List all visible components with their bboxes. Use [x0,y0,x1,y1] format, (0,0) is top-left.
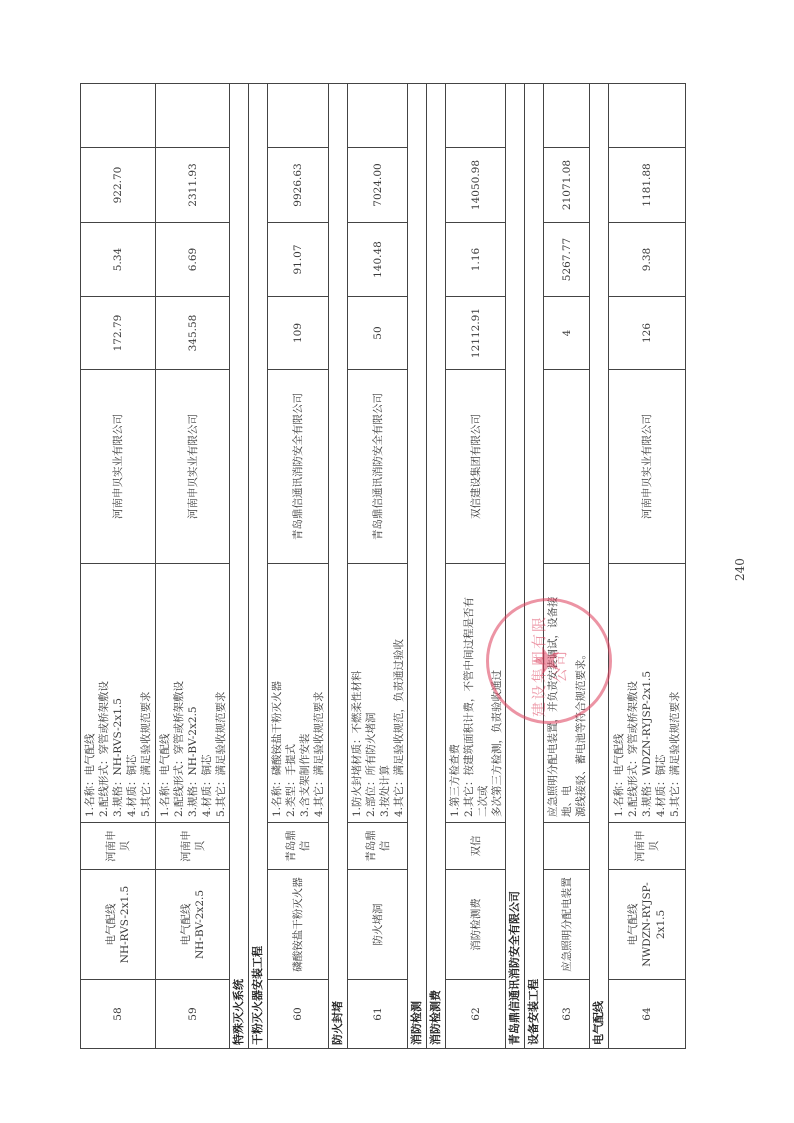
item-company: 河南申贝实业有限公司 [156,370,230,564]
item-name: 防火堵洞 [348,870,408,980]
item-brand: 青岛鼎信 [348,823,408,870]
item-total: 14050.98 [446,148,506,223]
section-title: 消防检测 [408,84,427,1049]
spec-line: 1.防火封堵材质：不燃柔性材料 [350,569,364,817]
item-spec: 1.名称：电气配线2.配线形式：穿管或桥架敷设3.规格：NH-RVS-2x1.5… [81,564,156,823]
item-note [348,84,408,148]
spec-line: 2.类型：手提式 [284,569,298,817]
item-note [446,84,506,148]
item-unit-price: 5267.77 [544,223,590,297]
item-name-text: 应急照明分配电装置 [560,874,574,975]
item-note [81,84,156,148]
document-page: 58电气配线NH-RVS-2x1.5河南申贝1.名称：电气配线2.配线形式：穿管… [0,0,794,1123]
spec-line: 2.配线形式：穿管或桥架敷设 [97,569,111,817]
item-brand [544,823,590,870]
item-quantity: 109 [268,297,329,370]
item-total: 21071.08 [544,148,590,223]
item-spec: 1.名称：磷酸铵盐干粉灭火器2.类型：手提式3.含支架制作安装4.其它：满足验收… [268,564,329,823]
spec-line: 3.规格：WDZN-RYJSP-2x1.5 [640,569,654,817]
item-spec: 应急照明分配电装置，并负责安装调试，设备接地、电源线接驳、蓄电池等符合规范要求。 [544,564,590,823]
item-company: 青岛鼎信通讯消防安全有限公司 [268,370,329,564]
item-brand: 河南申贝 [156,823,230,870]
item-number: 60 [268,980,329,1049]
spec-line: 3.含支架制作安装 [298,569,312,817]
table-row: 59电气配线NH-BV-2x2.5河南申贝1.名称：电气配线2.配线形式：穿管或… [156,84,230,1049]
item-brand: 河南申贝 [81,823,156,870]
spec-line: 1.名称：电气配线 [158,569,172,817]
section-row: 消防检测 [408,84,427,1049]
item-name-text: 电气配线 [626,874,640,975]
rotated-table-container: 58电气配线NH-RVS-2x1.5河南申贝1.名称：电气配线2.配线形式：穿管… [80,84,683,1049]
item-name-text: 磷酸铵盐干粉灭火器 [291,874,305,975]
table-row: 63应急照明分配电装置应急照明分配电装置，并负责安装调试，设备接地、电源线接驳、… [544,84,590,1049]
item-model: NH-RVS-2x1.5 [118,874,132,975]
spec-line: 2.配线形式：穿管或桥架敷设 [172,569,186,817]
section-title: 设备安装工程 [525,84,544,1049]
item-note [156,84,230,148]
spec-line: 源线接驳、蓄电池等符合规范要求。 [574,569,588,817]
bill-of-quantities-table: 58电气配线NH-RVS-2x1.5河南申贝1.名称：电气配线2.配线形式：穿管… [80,83,686,1049]
section-row: 防火封堵 [329,84,348,1049]
spec-line: 4.其它：满足验收规范，负责通过验收 [392,569,406,817]
spec-line: 1.第三方检查费 [448,569,462,817]
item-spec: 1.名称：电气配线2.配线形式：穿管或桥架敷设3.规格：NH-BV-2x2.54… [156,564,230,823]
item-name-text: 防火堵洞 [371,874,385,975]
item-model: NWDZN-RYJSP-2x1.5 [640,874,668,975]
item-model: NH-BV-2x2.5 [193,874,207,975]
item-number: 61 [348,980,408,1049]
item-number: 63 [544,980,590,1049]
section-row: 青岛鼎信通讯消防安全有限公司 [506,84,525,1049]
item-company: 青岛鼎信通讯消防安全有限公司 [348,370,408,564]
item-number: 59 [156,980,230,1049]
section-row: 电气配线 [590,84,609,1049]
item-name-text: 消防检测费 [469,874,483,975]
spec-line: 5.其它：满足验收规范要求 [214,569,228,817]
item-quantity: 12112.91 [446,297,506,370]
item-total: 922.70 [81,148,156,223]
item-spec: 1.防火封堵材质：不燃柔性材料2.部位：所有防火堵洞3.按处计算4.其它：满足验… [348,564,408,823]
item-note [268,84,329,148]
item-total: 2311.93 [156,148,230,223]
item-unit-price: 9.38 [609,223,686,297]
item-name: 应急照明分配电装置 [544,870,590,980]
spec-line: 4.材质：铜芯 [125,569,139,817]
page-number: 240 [733,561,763,581]
item-unit-price: 91.07 [268,223,329,297]
spec-line: 多次第三方检测，负责验收通过 [490,569,504,817]
item-company [544,370,590,564]
section-title: 防火封堵 [329,84,348,1049]
item-company: 河南申贝实业有限公司 [609,370,686,564]
item-number: 62 [446,980,506,1049]
spec-line: 二次或 [476,569,490,817]
item-spec: 1.名称：电气配线2.配线形式：穿管或桥架敷设3.规格：WDZN-RYJSP-2… [609,564,686,823]
item-spec: 1.第三方检查费2.其它：按建筑面积计费，不管中间过程是否有二次或多次第三方检测… [446,564,506,823]
item-number: 58 [81,980,156,1049]
section-title: 干粉灭火器安装工程 [249,84,268,1049]
spec-line: 2.配线形式：穿管或桥架敷设 [626,569,640,817]
item-quantity: 172.79 [81,297,156,370]
item-company: 双信建设集团有限公司 [446,370,506,564]
item-quantity: 50 [348,297,408,370]
item-note [609,84,686,148]
section-title: 消防检测费 [427,84,446,1049]
spec-line: 1.名称：磷酸铵盐干粉灭火器 [270,569,284,817]
table-row: 64电气配线NWDZN-RYJSP-2x1.5河南申贝1.名称：电气配线2.配线… [609,84,686,1049]
item-quantity: 4 [544,297,590,370]
item-total: 9926.63 [268,148,329,223]
item-name: 电气配线NWDZN-RYJSP-2x1.5 [609,870,686,980]
spec-line: 2.部位：所有防火堵洞 [364,569,378,817]
item-name: 电气配线NH-BV-2x2.5 [156,870,230,980]
item-name-text: 电气配线 [179,874,193,975]
item-brand: 双信 [446,823,506,870]
item-brand: 河南申贝 [609,823,686,870]
spec-line: 3.规格：NH-BV-2x2.5 [186,569,200,817]
section-row: 消防检测费 [427,84,446,1049]
spec-line: 1.名称：电气配线 [83,569,97,817]
section-row: 设备安装工程 [525,84,544,1049]
item-name: 消防检测费 [446,870,506,980]
item-brand: 青岛鼎信 [268,823,329,870]
section-title: 特殊灭火系统 [230,84,249,1049]
spec-line: 5.其它：满足验收规范要求 [668,569,682,817]
spec-line: 3.规格：NH-RVS-2x1.5 [111,569,125,817]
section-title: 电气配线 [590,84,609,1049]
spec-line: 应急照明分配电装置，并负责安装调试，设备接 [546,569,560,817]
spec-line: 4.其它：满足验收规范要求 [312,569,326,817]
item-number: 64 [609,980,686,1049]
table-row: 60磷酸铵盐干粉灭火器青岛鼎信1.名称：磷酸铵盐干粉灭火器2.类型：手提式3.含… [268,84,329,1049]
item-unit-price: 6.69 [156,223,230,297]
item-unit-price: 140.48 [348,223,408,297]
item-total: 7024.00 [348,148,408,223]
spec-line: 地、电 [560,569,574,817]
spec-line: 3.按处计算 [378,569,392,817]
spec-line: 5.其它：满足验收规范要求 [139,569,153,817]
spec-line: 4.材质：铜芯 [200,569,214,817]
table-row: 58电气配线NH-RVS-2x1.5河南申贝1.名称：电气配线2.配线形式：穿管… [81,84,156,1049]
spec-line: 2.其它：按建筑面积计费，不管中间过程是否有 [462,569,476,817]
item-quantity: 126 [609,297,686,370]
section-row: 特殊灭火系统 [230,84,249,1049]
item-note [544,84,590,148]
section-title: 青岛鼎信通讯消防安全有限公司 [506,84,525,1049]
item-unit-price: 1.16 [446,223,506,297]
item-name: 电气配线NH-RVS-2x1.5 [81,870,156,980]
spec-line: 1.名称：电气配线 [612,569,626,817]
table-row: 62消防检测费双信1.第三方检查费2.其它：按建筑面积计费，不管中间过程是否有二… [446,84,506,1049]
table-row: 61防火堵洞青岛鼎信1.防火封堵材质：不燃柔性材料2.部位：所有防火堵洞3.按处… [348,84,408,1049]
section-row: 干粉灭火器安装工程 [249,84,268,1049]
spec-line: 4.材质：铜芯 [654,569,668,817]
item-quantity: 345.58 [156,297,230,370]
item-name: 磷酸铵盐干粉灭火器 [268,870,329,980]
item-company: 河南申贝实业有限公司 [81,370,156,564]
item-total: 1181.88 [609,148,686,223]
item-name-text: 电气配线 [104,874,118,975]
item-unit-price: 5.34 [81,223,156,297]
